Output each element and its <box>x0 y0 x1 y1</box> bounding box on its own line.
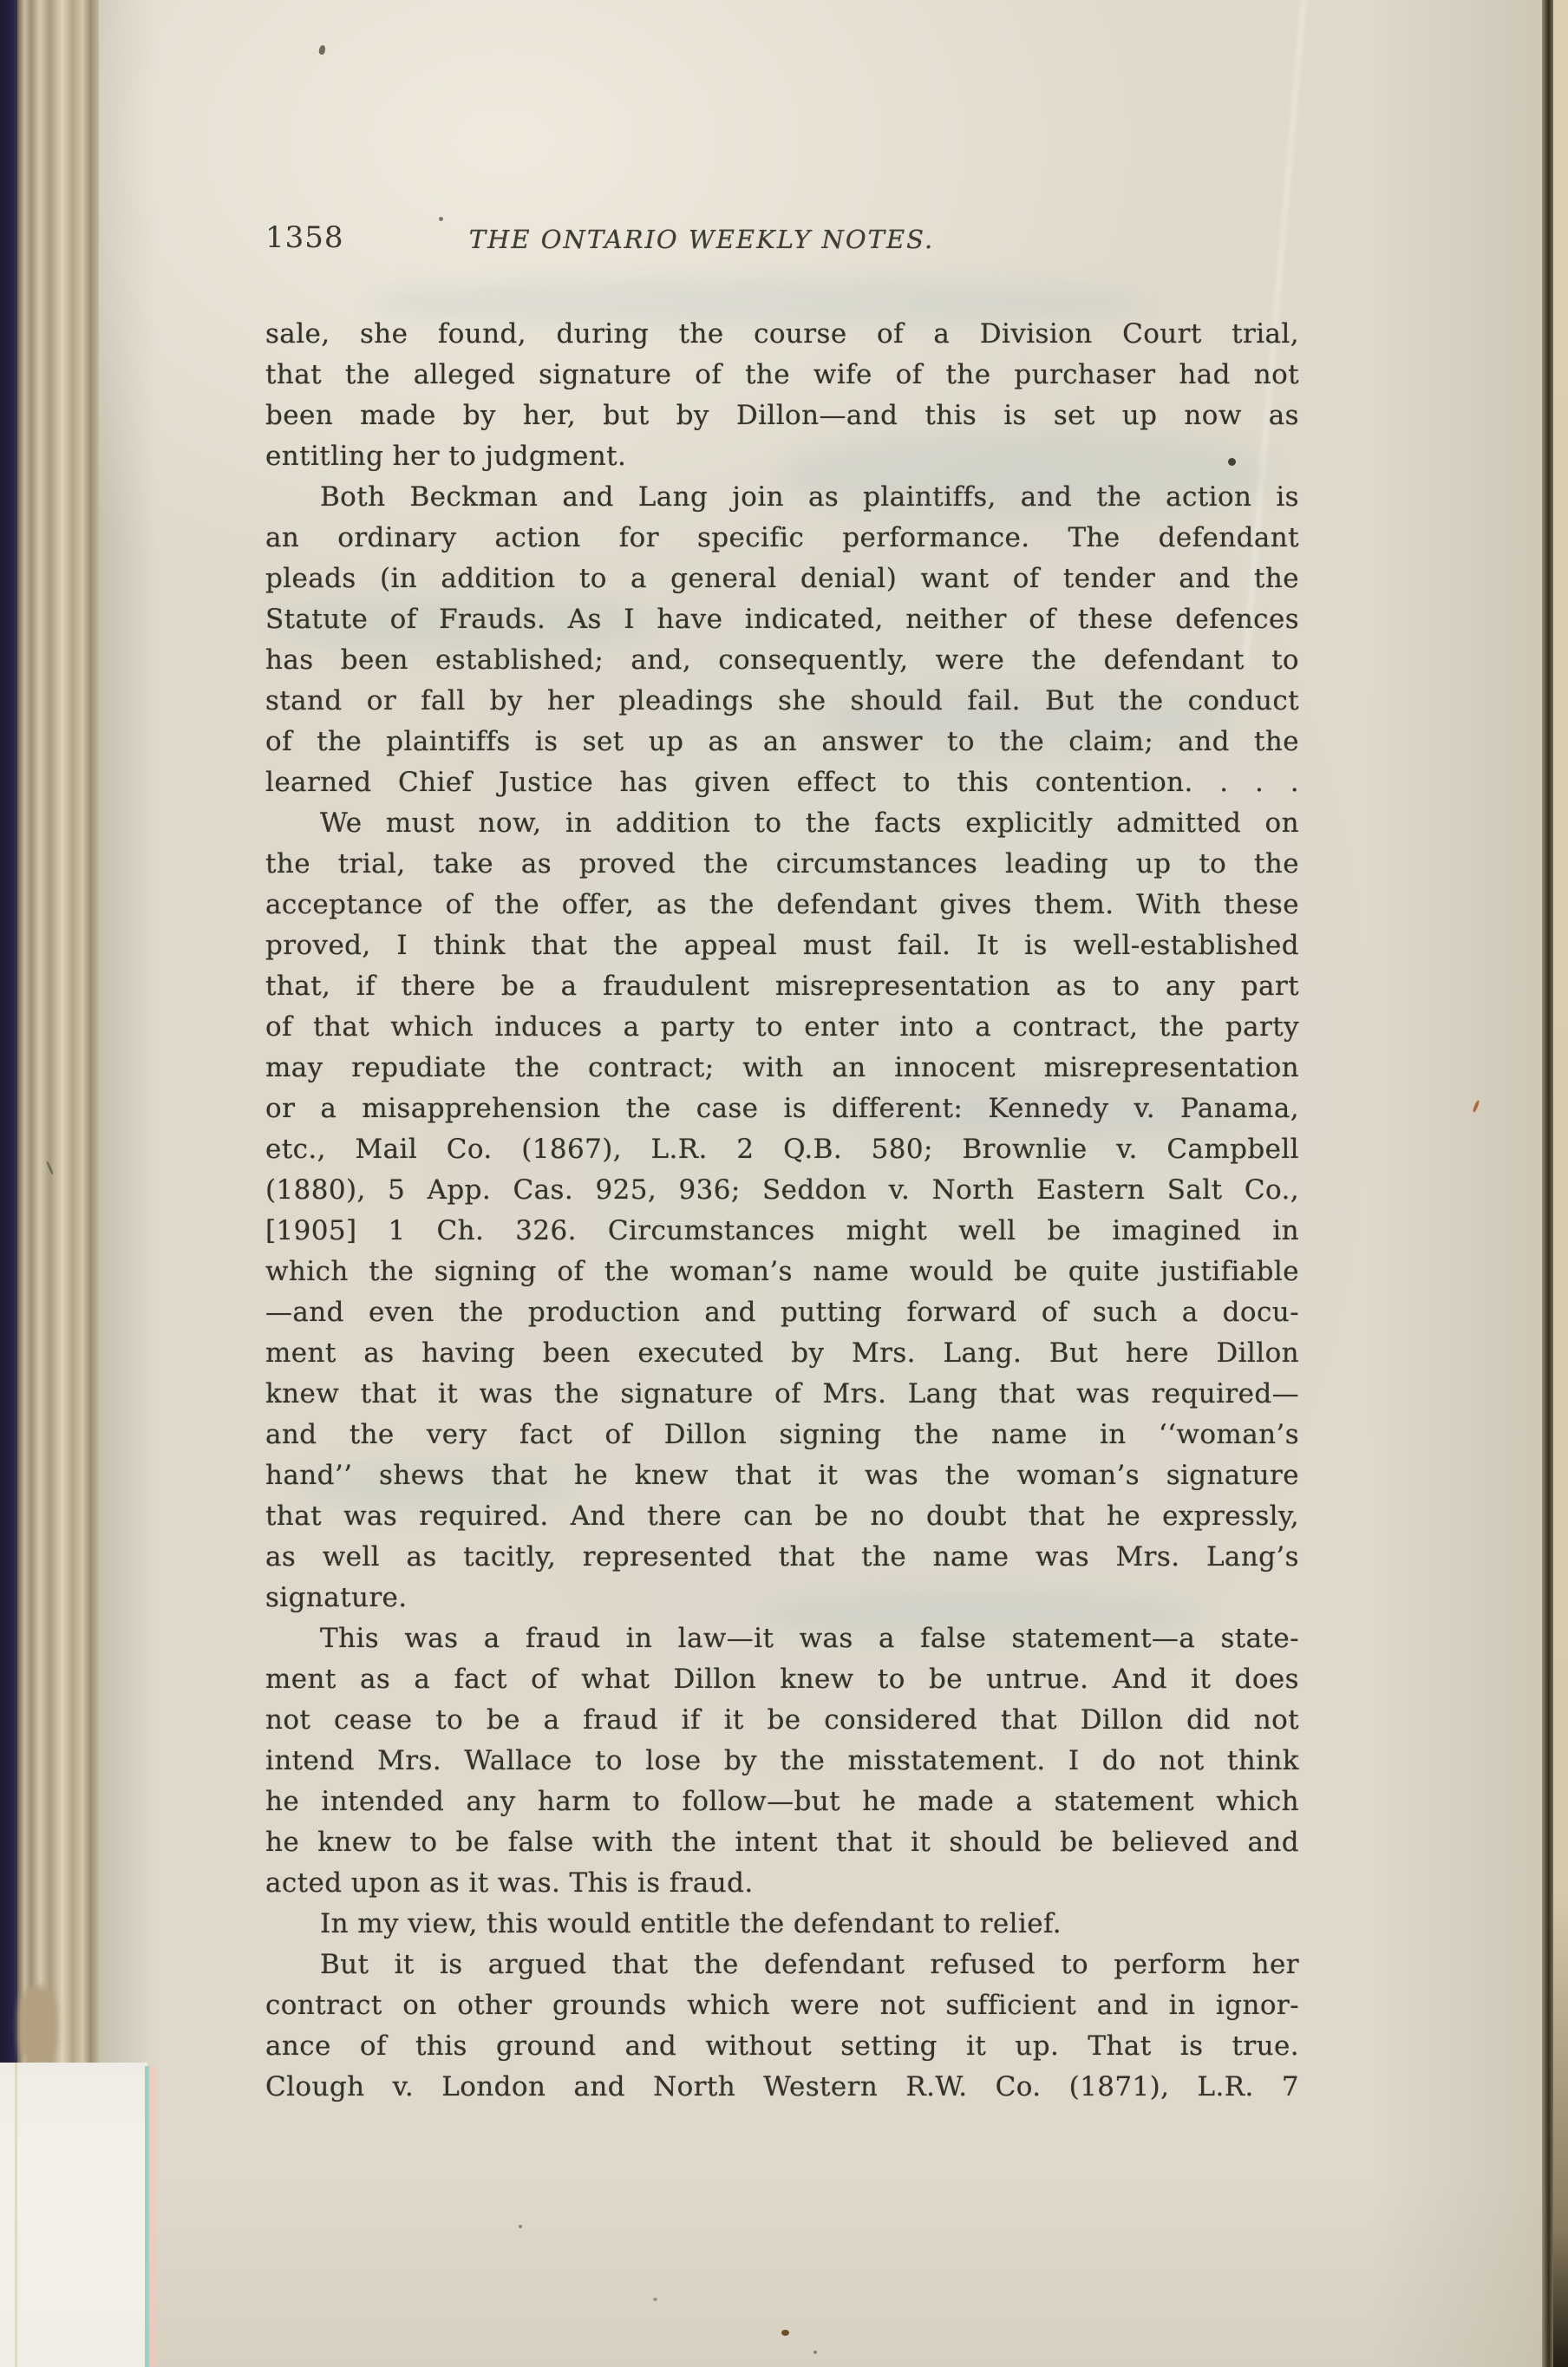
text-line: proved, I think that the appeal must fai… <box>265 925 1299 966</box>
text-line: —and even the production and putting for… <box>265 1292 1299 1333</box>
text-line: he intended any harm to follow—but he ma… <box>265 1782 1299 1822</box>
text-line: which the signing of the woman’s name wo… <box>265 1252 1299 1292</box>
paragraph: sale, she found, during the course of a … <box>265 314 1299 477</box>
text-line: Both Beckman and Lang join as plaintiffs… <box>265 477 1299 518</box>
paper-speck <box>439 217 443 221</box>
next-page-edge <box>1553 0 1568 2367</box>
text-line: contract on other grounds which were not… <box>265 1985 1299 2026</box>
page-edge-blob <box>19 1986 57 2066</box>
page-number: 1358 <box>265 220 344 255</box>
text-line: of that which induces a party to enter i… <box>265 1007 1299 1048</box>
text-line: may repudiate the contract; with an inno… <box>265 1048 1299 1089</box>
text-line: ment as having been executed by Mrs. Lan… <box>265 1333 1299 1374</box>
paper-speck <box>813 2351 817 2354</box>
text-line: stand or fall by her pleadings she shoul… <box>265 681 1299 722</box>
text-line: an ordinary action for specific performa… <box>265 518 1299 559</box>
text-line: intend Mrs. Wallace to lose by the misst… <box>265 1741 1299 1782</box>
text-block: sale, she found, during the course of a … <box>265 314 1299 2108</box>
text-line: not cease to be a fraud if it be conside… <box>265 1700 1299 1741</box>
scan-artifact-yellow-line <box>15 2063 17 2367</box>
text-line: ance of this ground and without setting … <box>265 2026 1299 2067</box>
paper-speck <box>653 2298 657 2301</box>
text-line: In my view, this would entitle the defen… <box>265 1904 1299 1945</box>
paragraph: This was a fraud in law—it was a false s… <box>265 1618 1299 1904</box>
page-right-edge <box>1542 0 1553 2367</box>
text-line: the trial, take as proved the circumstan… <box>265 844 1299 885</box>
paragraph: In my view, this would entitle the defen… <box>265 1904 1299 1945</box>
text-line: ment as a fact of what Dillon knew to be… <box>265 1659 1299 1700</box>
text-line: Clough v. London and North Western R.W. … <box>265 2067 1299 2108</box>
text-line: knew that it was the signature of Mrs. L… <box>265 1374 1299 1415</box>
text-line: etc., Mail Co. (1867), L.R. 2 Q.B. 580; … <box>265 1129 1299 1170</box>
text-line: or a misapprehension the case is differe… <box>265 1089 1299 1129</box>
text-line: Statute of Frauds. As I have indicated, … <box>265 599 1299 640</box>
text-line: acted upon as it was. This is fraud. <box>265 1863 1299 1904</box>
paper-speck <box>519 2225 522 2228</box>
text-line: (1880), 5 App. Cas. 925, 936; Seddon v. … <box>265 1170 1299 1211</box>
paragraph: Both Beckman and Lang join as plaintiffs… <box>265 477 1299 803</box>
text-line: This was a fraud in law—it was a false s… <box>265 1618 1299 1659</box>
text-line: entitling her to judgment. <box>265 436 1299 477</box>
paper-speck <box>781 2330 789 2336</box>
scanned-book-page: 1358 THE ONTARIO WEEKLY NOTES. sale, she… <box>0 0 1568 2367</box>
scan-artifact-pink-line <box>149 2066 155 2367</box>
text-line: that, if there be a fraudulent misrepres… <box>265 966 1299 1007</box>
text-line: as well as tacitly, represented that the… <box>265 1537 1299 1578</box>
running-title: THE ONTARIO WEEKLY NOTES. <box>410 225 993 254</box>
text-line: of the plaintiffs is set up as an answer… <box>265 722 1299 762</box>
text-line: that the alleged signature of the wife o… <box>265 355 1299 396</box>
text-line: [1905] 1 Ch. 326. Circumstances might we… <box>265 1211 1299 1252</box>
paragraph: But it is argued that the defendant refu… <box>265 1945 1299 2108</box>
text-line: sale, she found, during the course of a … <box>265 314 1299 355</box>
text-line: We must now, in addition to the facts ex… <box>265 803 1299 844</box>
text-line: he knew to be false with the intent that… <box>265 1822 1299 1863</box>
text-line: But it is argued that the defendant refu… <box>265 1945 1299 1985</box>
text-line: been made by her, but by Dillon—and this… <box>265 396 1299 436</box>
paper-speck <box>1228 458 1236 466</box>
text-line: that was required. And there can be no d… <box>265 1496 1299 1537</box>
text-line: acceptance of the offer, as the defendan… <box>265 885 1299 925</box>
book-cover-edge <box>0 0 17 2367</box>
scan-artifact-patch <box>0 2063 147 2367</box>
text-line: signature. <box>265 1578 1299 1618</box>
text-line: learned Chief Justice has given effect t… <box>265 762 1299 803</box>
text-line: hand’’ shews that he knew that it was th… <box>265 1455 1299 1496</box>
text-line: has been established; and, consequently,… <box>265 640 1299 681</box>
text-line: and the very fact of Dillon signing the … <box>265 1415 1299 1455</box>
text-line: pleads (in addition to a general denial)… <box>265 559 1299 599</box>
paragraph: We must now, in addition to the facts ex… <box>265 803 1299 1618</box>
